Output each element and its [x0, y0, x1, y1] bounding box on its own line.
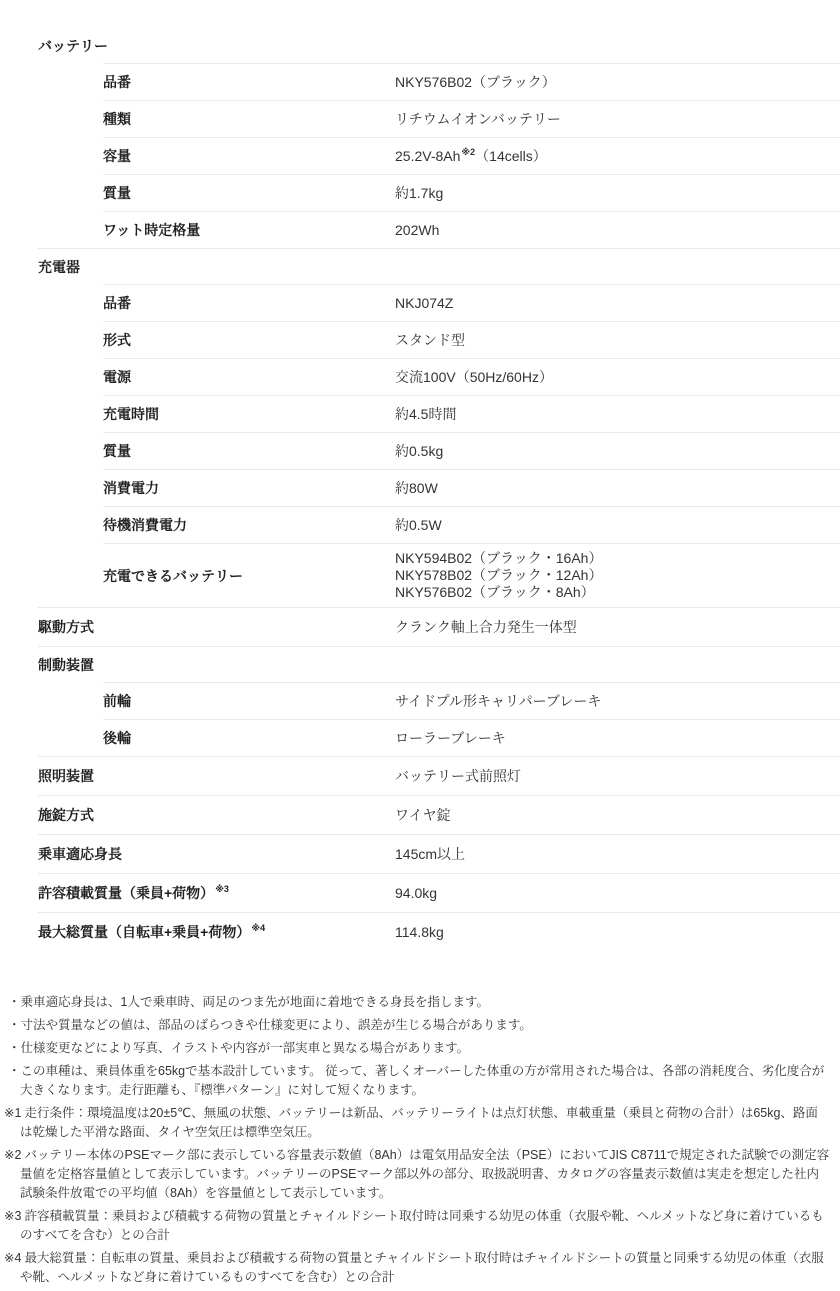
- row-label: 後輪: [103, 728, 395, 748]
- row-label: 駆動方式: [38, 617, 395, 637]
- row-label: 照明装置: [38, 766, 395, 786]
- row-label: 許容積載質量（乗員+荷物）※3: [38, 883, 395, 903]
- charger-rows: 品番 NKJ074Z 形式 スタンド型 電源 交流100V（50Hz/60Hz）…: [103, 284, 840, 607]
- row-label: 前輪: [103, 691, 395, 711]
- row-value: NKY594B02（ブラック・16Ah） NKY578B02（ブラック・12Ah…: [395, 550, 602, 601]
- row-value: NKJ074Z: [395, 295, 453, 312]
- row-charger-compatible-batteries: 充電できるバッテリー NKY594B02（ブラック・16Ah） NKY578B0…: [103, 543, 840, 607]
- row-charger-type: 形式 スタンド型: [103, 321, 840, 358]
- row-value: 約80W: [395, 480, 438, 497]
- note-text: 寸法や質量などの値は、部品のばらつきや仕様変更により、誤差が生じる場合があります…: [21, 1018, 532, 1032]
- row-value: サイドプル形キャリパーブレーキ: [395, 693, 601, 710]
- row-battery-type: 種類 リチウムイオンバッテリー: [103, 100, 840, 137]
- row-max-load: 許容積載質量（乗員+荷物）※3 94.0kg: [38, 873, 840, 912]
- footnote-marker: ※4: [4, 1251, 21, 1265]
- footnote-3: ※3許容積載質量：乗員および積載する荷物の質量とチャイルドシート取付時は同乗する…: [4, 1207, 830, 1245]
- row-label: 形式: [103, 330, 395, 350]
- note-text: 最大総質量：自転車の質量、乗員および積載する荷物の質量とチャイルドシート取付時は…: [20, 1251, 824, 1284]
- row-value: NKY576B02（ブラック）: [395, 74, 556, 91]
- spec-table: バッテリー 品番 NKY576B02（ブラック） 種類 リチウムイオンバッテリー…: [38, 28, 840, 951]
- row-value: ワイヤ錠: [395, 807, 451, 824]
- label-text: 最大総質量（自転車+乗員+荷物）: [38, 924, 250, 940]
- section-title-battery: バッテリー: [38, 28, 840, 63]
- note-rider-height: ・乗車適応身長は、1人で乗車時、両足のつま先が地面に着地できる身長を指します。: [4, 993, 830, 1012]
- row-value: 114.8kg: [395, 924, 444, 941]
- footnote-marker: ※3: [4, 1209, 21, 1223]
- footnote-2: ※2バッテリー本体のPSEマーク部に表示している容量表示数値（8Ah）は電気用品…: [4, 1146, 830, 1203]
- row-value: 145cm以上: [395, 846, 465, 863]
- brake-rows: 前輪 サイドプル形キャリパーブレーキ 後輪 ローラーブレーキ: [103, 682, 840, 756]
- footnote-1: ※1走行条件：環境温度は20±5℃、無風の状態、バッテリーは新品、バッテリーライ…: [4, 1104, 830, 1142]
- row-max-total-weight: 最大総質量（自転車+乗員+荷物）※4 114.8kg: [38, 912, 840, 951]
- footnotes-section: ・乗車適応身長は、1人で乗車時、両足のつま先が地面に着地できる身長を指します。 …: [4, 993, 830, 1287]
- row-label: 消費電力: [103, 478, 395, 498]
- battery-rows: 品番 NKY576B02（ブラック） 種類 リチウムイオンバッテリー 容量 25…: [103, 63, 840, 248]
- row-rider-height: 乗車適応身長 145cm以上: [38, 834, 840, 873]
- label-text: 許容積載質量（乗員+荷物）: [38, 885, 214, 901]
- spec-section-brakes: 制動装置 前輪 サイドプル形キャリパーブレーキ 後輪 ローラーブレーキ: [38, 646, 840, 756]
- row-value: 約0.5W: [395, 517, 442, 534]
- capacity-value: 25.2V-8Ah: [395, 148, 460, 164]
- row-label: 質量: [103, 441, 395, 461]
- footnote-4: ※4最大総質量：自転車の質量、乗員および積載する荷物の質量とチャイルドシート取付…: [4, 1249, 830, 1287]
- row-value: スタンド型: [395, 332, 465, 349]
- section-title-brakes: 制動装置: [38, 647, 840, 682]
- row-value: 94.0kg: [395, 885, 437, 902]
- note-text: 仕様変更などにより写真、イラストや内容が一部実車と異なる場合があります。: [21, 1041, 470, 1055]
- row-label: 質量: [103, 183, 395, 203]
- bullet-marker: ・: [8, 1041, 21, 1055]
- row-value: 約4.5時間: [395, 406, 456, 423]
- row-front-brake: 前輪 サイドプル形キャリパーブレーキ: [103, 682, 840, 719]
- row-charger-weight: 質量 約0.5kg: [103, 432, 840, 469]
- row-label: 種類: [103, 109, 395, 129]
- row-value: リチウムイオンバッテリー: [395, 111, 561, 128]
- bullet-marker: ・: [8, 1064, 21, 1078]
- row-charger-part-number: 品番 NKJ074Z: [103, 284, 840, 321]
- note-design-weight: ・この車種は、乗員体重を65kgで基本設計しています。 従って、著しくオーバーし…: [4, 1062, 830, 1100]
- row-battery-capacity: 容量 25.2V-8Ah※2（14cells）: [103, 137, 840, 174]
- row-value: 202Wh: [395, 222, 439, 239]
- spec-section-battery: バッテリー 品番 NKY576B02（ブラック） 種類 リチウムイオンバッテリー…: [38, 28, 840, 248]
- capacity-cells: （14cells）: [475, 148, 547, 164]
- row-label: 最大総質量（自転車+乗員+荷物）※4: [38, 922, 395, 942]
- row-value: 約0.5kg: [395, 443, 443, 460]
- row-label: 施錠方式: [38, 805, 395, 825]
- row-drive-system: 駆動方式 クランク軸上合力発生一体型: [38, 607, 840, 646]
- row-label: 電源: [103, 367, 395, 387]
- row-label: 品番: [103, 293, 395, 313]
- footnote-ref-2: ※2: [461, 147, 475, 157]
- row-lighting: 照明装置 バッテリー式前照灯: [38, 756, 840, 795]
- row-value: クランク軸上合力発生一体型: [395, 619, 577, 636]
- footnote-ref-4: ※4: [251, 923, 265, 933]
- compatible-battery-2: NKY578B02（ブラック・12Ah）: [395, 567, 602, 584]
- row-battery-watt-hour: ワット時定格量 202Wh: [103, 211, 840, 248]
- note-text: 許容積載質量：乗員および積載する荷物の質量とチャイルドシート取付時は同乗する幼児…: [20, 1209, 824, 1242]
- row-battery-part-number: 品番 NKY576B02（ブラック）: [103, 63, 840, 100]
- spec-section-charger: 充電器 品番 NKJ074Z 形式 スタンド型 電源 交流100V（50Hz/6…: [38, 248, 840, 607]
- bullet-marker: ・: [8, 1018, 21, 1032]
- row-lock: 施錠方式 ワイヤ錠: [38, 795, 840, 834]
- row-label: 待機消費電力: [103, 515, 395, 535]
- row-label: 充電できるバッテリー: [103, 566, 395, 586]
- note-text: バッテリー本体のPSEマーク部に表示している容量表示数値（8Ah）は電気用品安全…: [20, 1148, 829, 1200]
- footnote-marker: ※1: [4, 1106, 21, 1120]
- compatible-battery-1: NKY594B02（ブラック・16Ah）: [395, 550, 602, 567]
- note-tolerance: ・寸法や質量などの値は、部品のばらつきや仕様変更により、誤差が生じる場合がありま…: [4, 1016, 830, 1035]
- row-battery-weight: 質量 約1.7kg: [103, 174, 840, 211]
- row-charger-power-consumption: 消費電力 約80W: [103, 469, 840, 506]
- row-charger-charge-time: 充電時間 約4.5時間: [103, 395, 840, 432]
- note-text: この車種は、乗員体重を65kgで基本設計しています。 従って、著しくオーバーした…: [20, 1064, 824, 1097]
- bullet-marker: ・: [8, 995, 21, 1009]
- footnote-ref-3: ※3: [215, 884, 229, 894]
- row-value: バッテリー式前照灯: [395, 768, 521, 785]
- row-label: 容量: [103, 146, 395, 166]
- row-charger-power-source: 電源 交流100V（50Hz/60Hz）: [103, 358, 840, 395]
- row-value: 25.2V-8Ah※2（14cells）: [395, 148, 547, 165]
- row-value: 交流100V（50Hz/60Hz）: [395, 369, 553, 386]
- note-text: 乗車適応身長は、1人で乗車時、両足のつま先が地面に着地できる身長を指します。: [21, 995, 489, 1009]
- note-text: 走行条件：環境温度は20±5℃、無風の状態、バッテリーは新品、バッテリーライトは…: [20, 1106, 818, 1139]
- row-rear-brake: 後輪 ローラーブレーキ: [103, 719, 840, 756]
- note-spec-change: ・仕様変更などにより写真、イラストや内容が一部実車と異なる場合があります。: [4, 1039, 830, 1058]
- row-label: ワット時定格量: [103, 220, 395, 240]
- row-value: ローラーブレーキ: [395, 730, 506, 747]
- row-label: 乗車適応身長: [38, 844, 395, 864]
- footnote-marker: ※2: [4, 1148, 21, 1162]
- row-value: 約1.7kg: [395, 185, 443, 202]
- row-charger-standby-power: 待機消費電力 約0.5W: [103, 506, 840, 543]
- row-label: 充電時間: [103, 404, 395, 424]
- compatible-battery-3: NKY576B02（ブラック・8Ah）: [395, 584, 602, 601]
- section-title-charger: 充電器: [38, 249, 840, 284]
- row-label: 品番: [103, 72, 395, 92]
